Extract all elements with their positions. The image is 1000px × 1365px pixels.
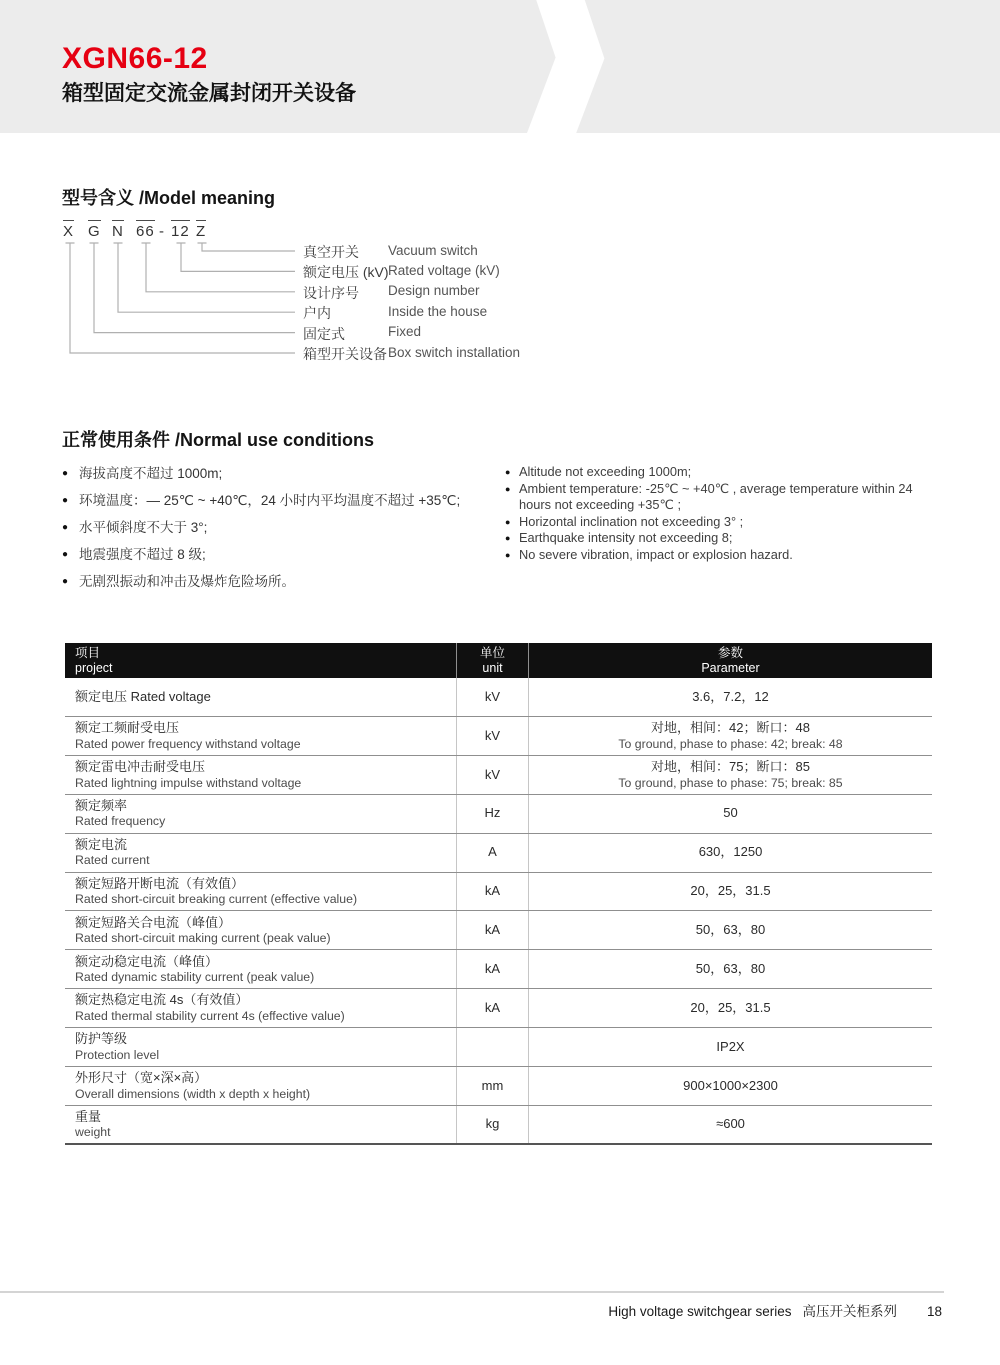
spec-name-en: Protection level: [75, 1048, 159, 1063]
spec-name-en: Rated power frequency withstand voltage: [75, 737, 301, 752]
spec-value-cell: 20，25，31.5: [528, 989, 932, 1027]
spec-value-cell: 630，1250: [528, 834, 932, 872]
spec-table: 项目 project 单位 unit 参数 Parameter 额定电压 Rat…: [65, 643, 932, 1145]
spec-name-cell: 额定短路关合电流（峰值）Rated short-circuit making c…: [65, 911, 456, 949]
header-parameter-en: Parameter: [701, 661, 759, 676]
model-code-part: X: [63, 220, 74, 240]
spec-unit: A: [488, 844, 497, 861]
table-row: 额定动稳定电流（峰值）Rated dynamic stability curre…: [65, 950, 932, 989]
spec-name-cn: 额定动稳定电流（峰值）: [75, 954, 218, 971]
header-parameter-cn: 参数: [718, 646, 743, 661]
spec-value-cell: IP2X: [528, 1028, 932, 1066]
bullet-icon: ●: [505, 547, 519, 564]
spec-value-en: To ground, phase to phase: 75; break: 85: [618, 776, 842, 791]
table-row: 额定电流Rated currentA630，1250: [65, 834, 932, 873]
spec-name-cn: 额定热稳定电流 4s（有效值）: [75, 992, 248, 1009]
condition-text: 水平倾斜度不大于 3°;: [79, 514, 207, 541]
spec-name-cell: 外形尺寸（宽×深×高）Overall dimensions (width x d…: [65, 1067, 456, 1105]
spec-unit-cell: kV: [456, 717, 528, 755]
spec-table-body: 额定电压 Rated voltagekV3.6，7.2，12额定工频耐受电压Ra…: [65, 678, 932, 1145]
spec-value-cn: 900×1000×2300: [683, 1078, 778, 1095]
table-row: 额定热稳定电流 4s（有效值）Rated thermal stability c…: [65, 989, 932, 1028]
spec-name-cell: 防护等级Protection level: [65, 1028, 456, 1066]
spec-name-cn: 额定电压 Rated voltage: [75, 689, 211, 706]
spec-unit: kA: [485, 961, 500, 978]
condition-item: ●Horizontal inclination not exceeding 3°…: [505, 514, 947, 531]
table-row: 防护等级Protection levelIP2X: [65, 1028, 932, 1067]
footer-divider: [0, 1291, 944, 1293]
spec-unit-cell: kV: [456, 678, 528, 716]
header-cell-project: 项目 project: [65, 643, 456, 678]
footer-series-en: High voltage switchgear series: [608, 1304, 791, 1319]
table-row: 额定雷电冲击耐受电压Rated lightning impulse withst…: [65, 756, 932, 795]
spec-unit: kV: [485, 728, 500, 745]
spec-value-cn: 对地，相间：42；断口：48: [651, 720, 810, 737]
spec-name-cn: 额定电流: [75, 837, 127, 854]
table-row: 重量weightkg≈600: [65, 1106, 932, 1145]
model-code-part: 12: [171, 220, 190, 240]
table-row: 额定频率Rated frequencyHz50: [65, 795, 932, 834]
spec-name-cn: 额定短路开断电流（有效值）: [75, 876, 244, 893]
spec-name-cell: 额定短路开断电流（有效值）Rated short-circuit breakin…: [65, 873, 456, 911]
spec-unit-cell: A: [456, 834, 528, 872]
product-model-title: XGN66-12: [62, 42, 208, 76]
spec-name-en: Rated short-circuit breaking current (ef…: [75, 892, 357, 907]
spec-name-en: Overall dimensions (width x depth x heig…: [75, 1087, 310, 1102]
spec-value-cn: 对地，相间：75；断口：85: [651, 759, 810, 776]
spec-name-cn: 额定工频耐受电压: [75, 720, 179, 737]
spec-name-cell: 额定雷电冲击耐受电压Rated lightning impulse withst…: [65, 756, 456, 794]
spec-name-cell: 额定电流Rated current: [65, 834, 456, 872]
model-label-en: Vacuum switch: [388, 243, 478, 258]
condition-text: 环境温度：— 25℃ ~ +40℃，24 小时内平均温度不超过 +35℃;: [79, 487, 460, 514]
spec-unit: kV: [485, 689, 500, 706]
spec-value-en: To ground, phase to phase: 42; break: 48: [618, 737, 842, 752]
table-row: 额定电压 Rated voltagekV3.6，7.2，12: [65, 678, 932, 717]
condition-item: ●Ambient temperature: -25℃ ~ +40℃ , aver…: [505, 481, 947, 514]
model-label-cn: 设计序号: [303, 283, 359, 303]
spec-name-cell: 额定频率Rated frequency: [65, 795, 456, 833]
spec-value-cell: 对地，相间：42；断口：48To ground, phase to phase:…: [528, 717, 932, 755]
bullet-icon: ●: [505, 514, 519, 531]
model-meaning-diagram: XGN66-12Z真空开关Vacuum switch额定电压 (kV)Rated…: [62, 220, 702, 375]
bullet-icon: ●: [62, 541, 79, 568]
model-code-part: 66: [136, 220, 155, 240]
condition-text: 地震强度不超过 8 级;: [79, 541, 206, 568]
model-label-en: Box switch installation: [388, 345, 520, 360]
spec-value-cell: 3.6，7.2，12: [528, 678, 932, 716]
conditions-section-title: 正常使用条件 /Normal use conditions: [62, 426, 374, 452]
table-row: 外形尺寸（宽×深×高）Overall dimensions (width x d…: [65, 1067, 932, 1106]
header-unit-en: unit: [482, 661, 502, 676]
spec-value-cn: 50，63，80: [696, 961, 765, 978]
model-label-cn: 真空开关: [303, 242, 359, 262]
model-label-en: Rated voltage (kV): [388, 263, 500, 278]
spec-name-cn: 防护等级: [75, 1031, 127, 1048]
model-label-cn: 固定式: [303, 324, 345, 344]
condition-item: ●Earthquake intensity not exceeding 8;: [505, 530, 947, 547]
spec-name-cell: 额定热稳定电流 4s（有效值）Rated thermal stability c…: [65, 989, 456, 1027]
spec-value-cell: ≈600: [528, 1106, 932, 1143]
condition-text: No severe vibration, impact or explosion…: [519, 547, 793, 564]
spec-table-header: 项目 project 单位 unit 参数 Parameter: [65, 643, 932, 678]
spec-name-cn: 额定雷电冲击耐受电压: [75, 759, 205, 776]
spec-name-cn: 重量: [75, 1109, 101, 1126]
condition-item: ●水平倾斜度不大于 3°;: [62, 514, 512, 541]
spec-name-cn: 额定频率: [75, 798, 127, 815]
spec-value-cn: IP2X: [716, 1039, 744, 1056]
footer: High voltage switchgear series高压开关柜系列18: [608, 1300, 942, 1320]
spec-unit: mm: [482, 1078, 504, 1095]
spec-name-en: Rated current: [75, 853, 150, 868]
spec-unit-cell: kA: [456, 989, 528, 1027]
condition-text: Ambient temperature: -25℃ ~ +40℃ , avera…: [519, 481, 947, 514]
condition-item: ●无剧烈振动和冲击及爆炸危险场所。: [62, 568, 512, 595]
header-cell-unit: 单位 unit: [456, 643, 528, 678]
condition-text: 无剧烈振动和冲击及爆炸危险场所。: [79, 568, 295, 595]
condition-text: Horizontal inclination not exceeding 3° …: [519, 514, 743, 531]
spec-unit-cell: kV: [456, 756, 528, 794]
page-number: 18: [927, 1304, 942, 1319]
spec-value-cell: 50，63，80: [528, 950, 932, 988]
spec-name-en: Rated short-circuit making current (peak…: [75, 931, 331, 946]
spec-unit-cell: mm: [456, 1067, 528, 1105]
spec-unit-cell: [456, 1028, 528, 1066]
spec-value-cn: 50: [723, 805, 737, 822]
model-label-cn: 箱型开关设备: [303, 344, 387, 364]
spec-value-cn: 3.6，7.2，12: [692, 689, 769, 706]
header-unit-cn: 单位: [480, 646, 505, 661]
spec-value-cell: 900×1000×2300: [528, 1067, 932, 1105]
spec-value-cn: 20，25，31.5: [690, 1000, 770, 1017]
condition-text: 海拔高度不超过 1000m;: [79, 460, 222, 487]
spec-value-cn: 20，25，31.5: [690, 883, 770, 900]
bullet-icon: ●: [62, 487, 79, 514]
footer-series-cn: 高压开关柜系列: [802, 1304, 897, 1319]
spec-unit: kA: [485, 1000, 500, 1017]
spec-name-cell: 额定工频耐受电压Rated power frequency withstand …: [65, 717, 456, 755]
model-label-en: Fixed: [388, 324, 421, 339]
header-project-en: project: [75, 661, 113, 676]
table-row: 额定工频耐受电压Rated power frequency withstand …: [65, 717, 932, 756]
model-label-cn: 户内: [303, 303, 331, 323]
condition-text: Earthquake intensity not exceeding 8;: [519, 530, 732, 547]
model-label-en: Design number: [388, 283, 480, 298]
condition-item: ●地震强度不超过 8 级;: [62, 541, 512, 568]
spec-name-cell: 额定动稳定电流（峰值）Rated dynamic stability curre…: [65, 950, 456, 988]
model-meaning-section-title: 型号含义 /Model meaning: [62, 184, 275, 210]
bullet-icon: ●: [62, 514, 79, 541]
spec-name-cell: 额定电压 Rated voltage: [65, 678, 456, 716]
model-code-part: Z: [196, 220, 206, 240]
header-band: XGN66-12 箱型固定交流金属封闭开关设备: [0, 0, 1000, 133]
bullet-icon: ●: [62, 568, 79, 595]
model-code-part: -: [159, 220, 165, 240]
bullet-icon: ●: [62, 460, 79, 487]
catalog-page: XGN66-12 箱型固定交流金属封闭开关设备 型号含义 /Model mean…: [0, 0, 1000, 1365]
bullet-icon: ●: [505, 530, 519, 547]
spec-name-en: Rated thermal stability current 4s (effe…: [75, 1009, 345, 1024]
spec-unit-cell: kg: [456, 1106, 528, 1143]
model-code-part: N: [112, 220, 124, 240]
spec-unit-cell: kA: [456, 873, 528, 911]
condition-item: ●Altitude not exceeding 1000m;: [505, 464, 947, 481]
spec-unit: kV: [485, 767, 500, 784]
spec-unit-cell: Hz: [456, 795, 528, 833]
spec-name-en: Rated lightning impulse withstand voltag…: [75, 776, 301, 791]
spec-unit: kg: [486, 1116, 500, 1133]
header-cell-parameter: 参数 Parameter: [528, 643, 932, 678]
spec-value-cell: 20，25，31.5: [528, 873, 932, 911]
spec-unit-cell: kA: [456, 911, 528, 949]
spec-name-cn: 额定短路关合电流（峰值）: [75, 915, 231, 932]
bullet-icon: ●: [505, 481, 519, 514]
model-label-en: Inside the house: [388, 304, 487, 319]
model-code-part: G: [88, 220, 101, 240]
condition-text: Altitude not exceeding 1000m;: [519, 464, 691, 481]
condition-item: ●No severe vibration, impact or explosio…: [505, 547, 947, 564]
spec-value-cn: ≈600: [716, 1116, 745, 1133]
spec-unit: kA: [485, 922, 500, 939]
spec-value-cn: 630，1250: [699, 844, 763, 861]
spec-unit: kA: [485, 883, 500, 900]
spec-name-cell: 重量weight: [65, 1106, 456, 1143]
spec-value-cell: 50，63，80: [528, 911, 932, 949]
spec-name-cn: 外形尺寸（宽×深×高）: [75, 1070, 207, 1087]
bullet-icon: ●: [505, 464, 519, 481]
spec-name-en: Rated dynamic stability current (peak va…: [75, 970, 314, 985]
model-label-cn: 额定电压 (kV): [303, 262, 389, 282]
spec-value-cell: 对地，相间：75；断口：85To ground, phase to phase:…: [528, 756, 932, 794]
spec-value-cn: 50，63，80: [696, 922, 765, 939]
conditions-list-cn: ●海拔高度不超过 1000m;●环境温度：— 25℃ ~ +40℃，24 小时内…: [62, 460, 512, 595]
product-subtitle: 箱型固定交流金属封闭开关设备: [62, 77, 356, 107]
spec-name-en: weight: [75, 1125, 111, 1140]
conditions-list-en: ●Altitude not exceeding 1000m;●Ambient t…: [505, 464, 947, 564]
table-row: 额定短路开断电流（有效值）Rated short-circuit breakin…: [65, 873, 932, 912]
condition-item: ●环境温度：— 25℃ ~ +40℃，24 小时内平均温度不超过 +35℃;: [62, 487, 512, 514]
spec-unit: Hz: [485, 805, 501, 822]
spec-unit-cell: kA: [456, 950, 528, 988]
header-project-cn: 项目: [75, 646, 100, 661]
spec-name-en: Rated frequency: [75, 814, 165, 829]
condition-item: ●海拔高度不超过 1000m;: [62, 460, 512, 487]
spec-value-cell: 50: [528, 795, 932, 833]
table-row: 额定短路关合电流（峰值）Rated short-circuit making c…: [65, 911, 932, 950]
